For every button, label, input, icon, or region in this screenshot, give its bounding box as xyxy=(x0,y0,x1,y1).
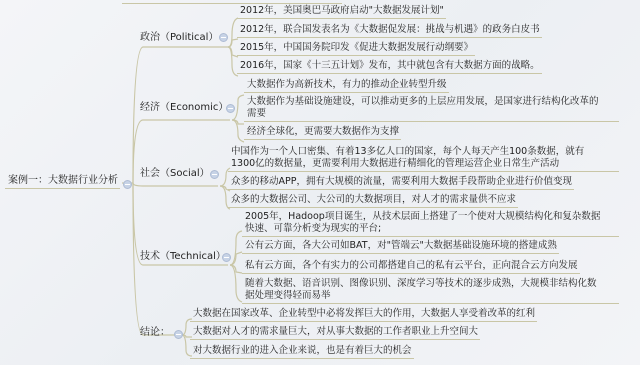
collapse-toggle-icon[interactable] xyxy=(219,33,228,42)
list-item[interactable]: 随着大数据、语音识别、图像识别、深度学习等技术的逐步成熟，大规模非结构化数 据处… xyxy=(242,278,619,304)
item-text: 私有云方面，各个有实力的公司都搭建自己的私有云平台，正向混合云方向发展 xyxy=(245,260,578,271)
item-text: 2015年，中国国务院印发《促进大数据发展行动纲要》 xyxy=(240,42,473,53)
collapse-toggle-icon[interactable] xyxy=(174,330,183,339)
list-item[interactable]: 众多的大数据公司、大公司的大数据项目，对人才的需求量供不应求 xyxy=(228,194,518,208)
item-text-line: 1300亿的数据量，更需要利用大数据进行精细化的管理运营企业日常生产活动 xyxy=(231,158,617,170)
branch-label: 技术（Technical） xyxy=(140,251,226,262)
list-item[interactable]: 中国作为一个人口密集、有着13多亿人口的国家，每个人每天产生100条数据，就有 … xyxy=(228,146,619,172)
branch-label: 结论： xyxy=(140,327,170,338)
collapse-toggle-icon[interactable] xyxy=(222,253,231,262)
collapse-toggle-icon[interactable] xyxy=(123,180,132,189)
branch-label: 社会（Social） xyxy=(140,168,210,179)
list-item[interactable]: 2012年，美国奥巴马政府启动"大数据发展计划" xyxy=(237,5,446,19)
item-text-line: 快速、可靠分析变为现实的平台; xyxy=(245,223,617,235)
item-text: 2012年，联合国发表名为《大数据促发展：挑战与机遇》的政务白皮书 xyxy=(240,24,540,35)
branch-economic[interactable]: 经济（Economic） xyxy=(140,102,228,114)
collapse-toggle-icon[interactable] xyxy=(210,170,219,179)
item-text-line: 2005年，Hadoop项目诞生，从技术层面上搭建了一个使对大规模结构化和复杂数… xyxy=(245,211,617,223)
item-text: 2016年，国家《十三五计划》发布，其中就包含有大数据方面的战略。 xyxy=(240,60,540,71)
branch-conclusion[interactable]: 结论： xyxy=(140,327,170,339)
list-item[interactable]: 大数据作为基础设施建设，可以推动更多的上层应用发展，是国家进行结构化改革的 需要 xyxy=(244,96,619,122)
item-text: 大数据对人才的需求量巨大，对从事大数据的工作者职业上升空间大 xyxy=(193,326,478,337)
collapse-toggle-icon[interactable] xyxy=(226,104,235,113)
branch-label: 经济（Economic） xyxy=(140,102,228,113)
item-text: 众多的移动APP，拥有大规模的流量，需要利用大数据手段帮助企业进行价值变现 xyxy=(231,176,572,187)
item-text-line: 随着大数据、语音识别、图像识别、深度学习等技术的逐步成熟，大规模非结构化数 xyxy=(245,278,617,290)
item-text: 经济全球化，更需要大数据作为支撑 xyxy=(247,126,399,137)
item-text: 2012年，美国奥巴马政府启动"大数据发展计划" xyxy=(240,5,444,16)
list-item[interactable]: 经济全球化，更需要大数据作为支撑 xyxy=(244,126,401,140)
item-text: 对大数据行业的进入企业来说，也是有着巨大的机会 xyxy=(193,345,412,356)
branch-political[interactable]: 政治（Political） xyxy=(140,32,218,44)
root-label: 案例一：大数据行业分析 xyxy=(8,175,118,186)
branch-social[interactable]: 社会（Social） xyxy=(140,168,210,180)
branch-technical[interactable]: 技术（Technical） xyxy=(140,251,226,263)
item-text: 众多的大数据公司、大公司的大数据项目，对人才的需求量供不应求 xyxy=(231,194,516,205)
list-item[interactable]: 对大数据行业的进入企业来说，也是有着巨大的机会 xyxy=(190,345,414,359)
list-item[interactable]: 大数据在国家改革、企业转型中必将发挥巨大的作用，大数据人享受着改革的红利 xyxy=(190,308,537,322)
list-item[interactable]: 大数据对人才的需求量巨大，对从事大数据的工作者职业上升空间大 xyxy=(190,326,480,340)
list-item[interactable]: 大数据作为高新技术，有力的推动企业转型升级 xyxy=(244,79,449,93)
item-text-line: 中国作为一个人口密集、有着13多亿人口的国家，每个人每天产生100条数据，就有 xyxy=(231,146,617,158)
list-item[interactable]: 2015年，中国国务院印发《促进大数据发展行动纲要》 xyxy=(237,42,475,56)
list-item[interactable]: 公有云方面，各大公司如BAT，对"管端云"大数据基础设施环境的搭建成熟 xyxy=(242,240,559,254)
list-item[interactable]: 2016年，国家《十三五计划》发布，其中就包含有大数据方面的战略。 xyxy=(237,60,542,74)
branch-label: 政治（Political） xyxy=(140,32,218,43)
item-text: 大数据在国家改革、企业转型中必将发挥巨大的作用，大数据人享受着改革的红利 xyxy=(193,308,535,319)
item-text-line: 据处理变得轻而易举 xyxy=(245,290,617,302)
item-text-line: 大数据作为基础设施建设，可以推动更多的上层应用发展，是国家进行结构化改革的 xyxy=(247,96,617,108)
list-item[interactable]: 私有云方面，各个有实力的公司都搭建自己的私有云平台，正向混合云方向发展 xyxy=(242,260,580,274)
list-item[interactable]: 2012年，联合国发表名为《大数据促发展：挑战与机遇》的政务白皮书 xyxy=(237,24,542,38)
item-text: 大数据作为高新技术，有力的推动企业转型升级 xyxy=(247,79,447,90)
item-text-line: 需要 xyxy=(247,108,617,120)
root-node[interactable]: 案例一：大数据行业分析 xyxy=(5,175,120,189)
item-text: 公有云方面，各大公司如BAT，对"管端云"大数据基础设施环境的搭建成熟 xyxy=(245,240,557,251)
list-item[interactable]: 2005年，Hadoop项目诞生，从技术层面上搭建了一个使对大规模结构化和复杂数… xyxy=(242,211,619,237)
list-item[interactable]: 众多的移动APP，拥有大规模的流量，需要利用大数据手段帮助企业进行价值变现 xyxy=(228,176,574,190)
